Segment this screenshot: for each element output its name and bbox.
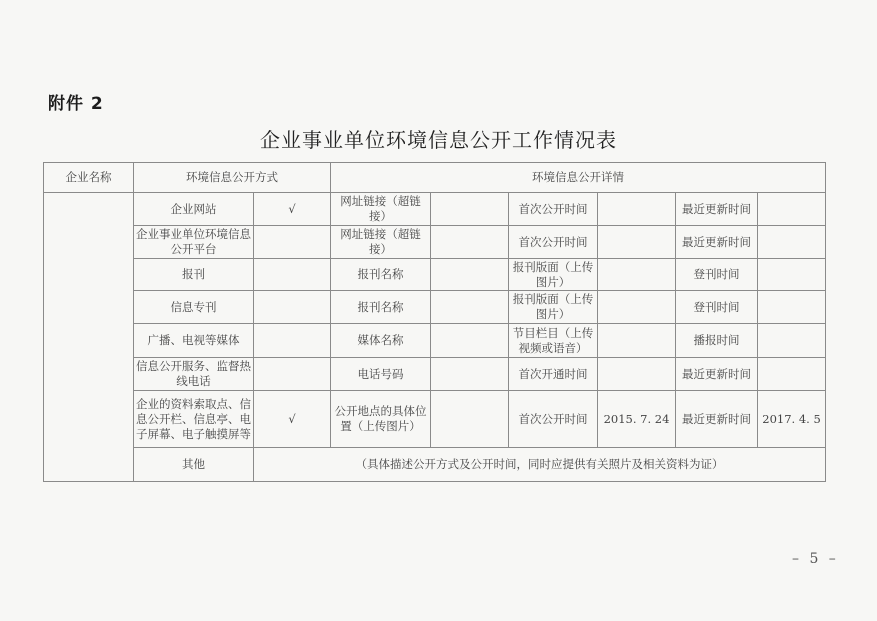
detail-value[interactable] <box>431 291 509 324</box>
detail-label: 报刊版面（上传图片） <box>509 259 598 291</box>
method-cell: 广播、电视等媒体 <box>134 324 254 358</box>
detail-value[interactable] <box>758 259 826 291</box>
detail-label: 首次公开时间 <box>509 391 598 448</box>
method-cell: 企业网站 <box>134 193 254 226</box>
header-row: 企业名称 环境信息公开方式 环境信息公开详情 <box>44 163 826 193</box>
detail-label: 网址链接（超链接） <box>331 226 431 259</box>
header-company-name: 企业名称 <box>44 163 134 193</box>
detail-value[interactable] <box>431 358 509 391</box>
detail-value[interactable] <box>758 324 826 358</box>
detail-value[interactable] <box>758 291 826 324</box>
detail-value[interactable] <box>758 358 826 391</box>
detail-value[interactable] <box>598 193 676 226</box>
detail-label: 最近更新时间 <box>676 358 758 391</box>
disclosure-table: 企业名称 环境信息公开方式 环境信息公开详情 企业网站 √ 网址链接（超链接） … <box>43 162 826 482</box>
table-row: 信息公开服务、监督热线电话 电话号码 首次开通时间 最近更新时间 <box>44 358 826 391</box>
table-row: 广播、电视等媒体 媒体名称 节目栏目（上传视频或语音） 播报时间 <box>44 324 826 358</box>
detail-label: 最近更新时间 <box>676 226 758 259</box>
detail-label: 最近更新时间 <box>676 193 758 226</box>
detail-value[interactable] <box>598 358 676 391</box>
detail-label: 播报时间 <box>676 324 758 358</box>
method-cell: 企业事业单位环境信息公开平台 <box>134 226 254 259</box>
page-number: – 5 – <box>792 551 839 567</box>
attachment-label: 附件 2 <box>48 89 104 114</box>
detail-value[interactable] <box>598 324 676 358</box>
check-cell[interactable]: √ <box>254 391 331 448</box>
method-cell: 信息公开服务、监督热线电话 <box>134 358 254 391</box>
detail-value[interactable] <box>598 259 676 291</box>
detail-value[interactable] <box>431 259 509 291</box>
check-cell[interactable]: √ <box>254 193 331 226</box>
detail-label: 公开地点的具体位置（上传图片） <box>331 391 431 448</box>
detail-label: 首次公开时间 <box>509 193 598 226</box>
detail-value[interactable] <box>598 226 676 259</box>
detail-label: 媒体名称 <box>331 324 431 358</box>
check-cell[interactable] <box>254 226 331 259</box>
detail-label: 首次公开时间 <box>509 226 598 259</box>
company-name-cell[interactable] <box>44 193 134 482</box>
other-note[interactable]: （具体描述公开方式及公开时间，同时应提供有关照片及相关资料为证） <box>254 448 826 482</box>
table-row: 企业事业单位环境信息公开平台 网址链接（超链接） 首次公开时间 最近更新时间 <box>44 226 826 259</box>
detail-value[interactable] <box>758 226 826 259</box>
method-cell: 信息专刊 <box>134 291 254 324</box>
detail-label: 登刊时间 <box>676 259 758 291</box>
detail-label: 报刊名称 <box>331 259 431 291</box>
detail-value[interactable] <box>598 291 676 324</box>
check-cell[interactable] <box>254 324 331 358</box>
detail-label: 首次开通时间 <box>509 358 598 391</box>
detail-label: 最近更新时间 <box>676 391 758 448</box>
table-row: 企业网站 √ 网址链接（超链接） 首次公开时间 最近更新时间 <box>44 193 826 226</box>
detail-value[interactable] <box>431 226 509 259</box>
detail-value[interactable]: 2015. 7. 24 <box>598 391 676 448</box>
check-cell[interactable] <box>254 259 331 291</box>
header-method: 环境信息公开方式 <box>134 163 331 193</box>
table-row: 企业的资料索取点、信息公开栏、信息亭、电子屏幕、电子触摸屏等 √ 公开地点的具体… <box>44 391 826 448</box>
detail-label: 报刊名称 <box>331 291 431 324</box>
detail-label: 电话号码 <box>331 358 431 391</box>
check-cell[interactable] <box>254 358 331 391</box>
method-cell: 报刊 <box>134 259 254 291</box>
table-row: 信息专刊 报刊名称 报刊版面（上传图片） 登刊时间 <box>44 291 826 324</box>
detail-label: 登刊时间 <box>676 291 758 324</box>
table-row: 报刊 报刊名称 报刊版面（上传图片） 登刊时间 <box>44 259 826 291</box>
check-cell[interactable] <box>254 291 331 324</box>
detail-value[interactable] <box>431 193 509 226</box>
page-title: 企业事业单位环境信息公开工作情况表 <box>0 124 877 153</box>
detail-label: 报刊版面（上传图片） <box>509 291 598 324</box>
other-label: 其他 <box>134 448 254 482</box>
detail-label: 网址链接（超链接） <box>331 193 431 226</box>
detail-value[interactable] <box>431 324 509 358</box>
detail-value[interactable]: 2017. 4. 5 <box>758 391 826 448</box>
detail-value[interactable] <box>758 193 826 226</box>
header-details: 环境信息公开详情 <box>331 163 826 193</box>
table-row-other: 其他 （具体描述公开方式及公开时间，同时应提供有关照片及相关资料为证） <box>44 448 826 482</box>
detail-value[interactable] <box>431 391 509 448</box>
method-cell: 企业的资料索取点、信息公开栏、信息亭、电子屏幕、电子触摸屏等 <box>134 391 254 448</box>
detail-label: 节目栏目（上传视频或语音） <box>509 324 598 358</box>
